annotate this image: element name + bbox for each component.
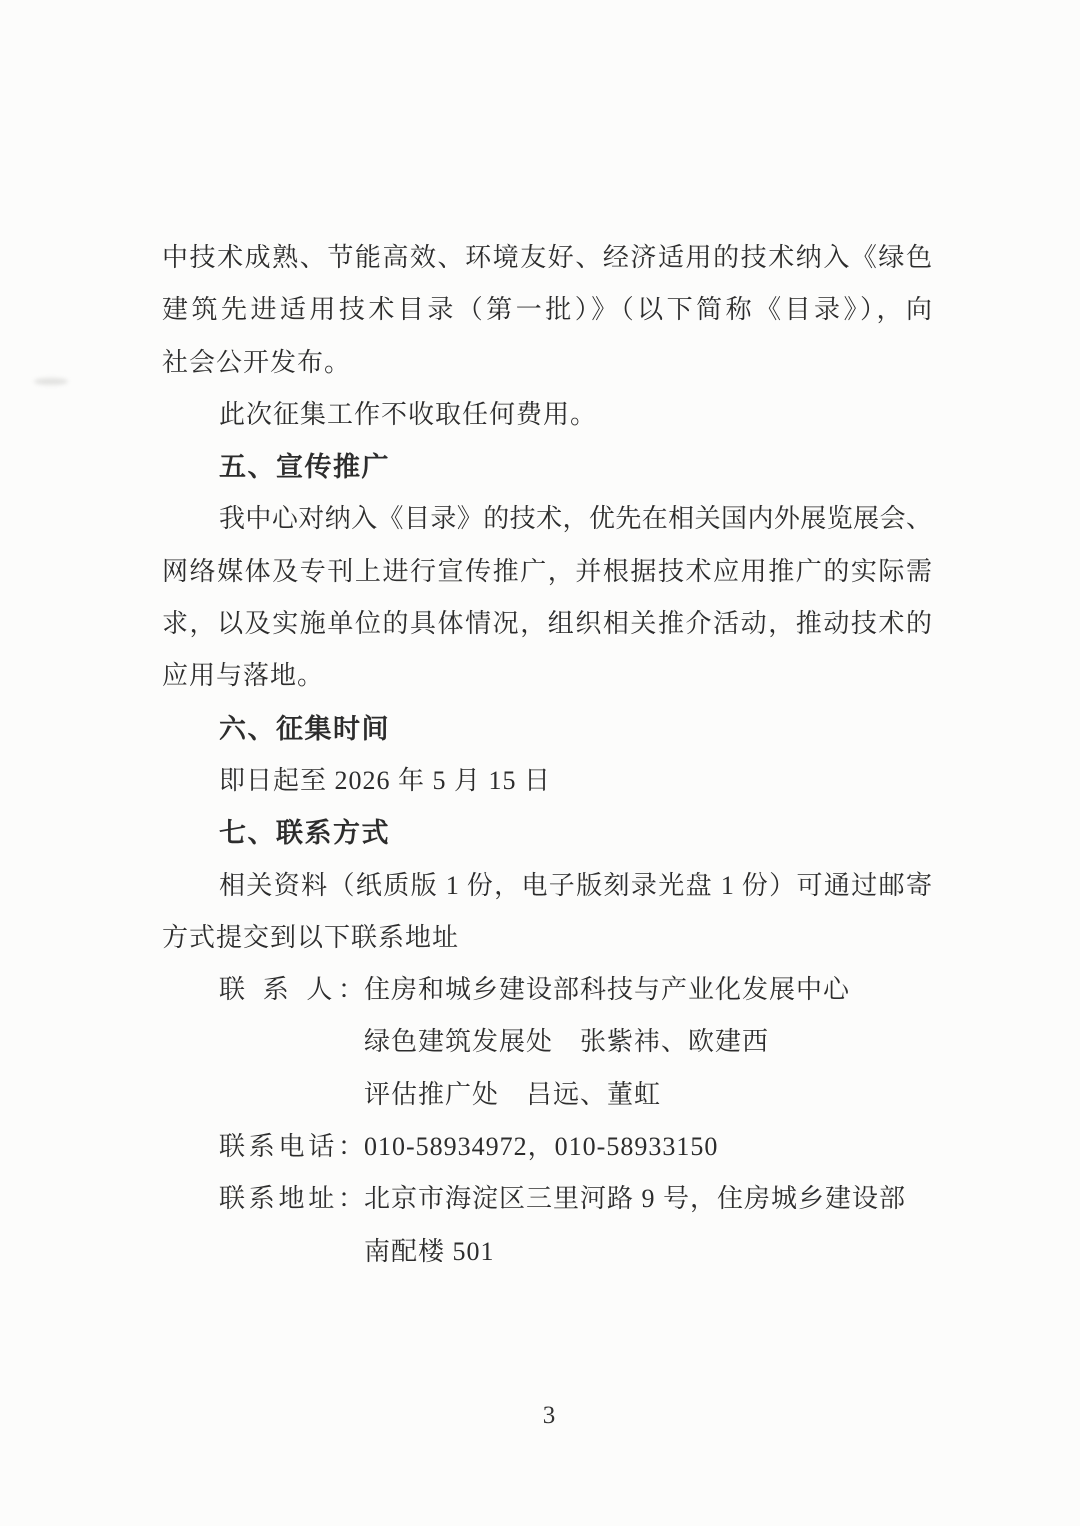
contact-address-label: 联系地址： xyxy=(219,1173,364,1225)
scanned-document-page: 中技术成熟、节能高效、环境友好、经济适用的技术纳入《绿色 建筑先进适用技术目录（… xyxy=(0,0,1080,1526)
body-line: 中技术成熟、节能高效、环境友好、经济适用的技术纳入《绿色 xyxy=(162,232,932,284)
body-line: 应用与落地。 xyxy=(162,650,932,702)
contact-address-line2: 南配楼 501 xyxy=(162,1226,932,1278)
contact-person-line3: 评估推广处 吕远、董虹 xyxy=(162,1069,932,1121)
body-line: 我中心对纳入《目录》的技术，优先在相关国内外展览展会、 xyxy=(162,493,932,545)
body-line: 社会公开发布。 xyxy=(162,337,932,389)
contact-phone-row: 联系电话： 010-58934972，010-58933150 xyxy=(162,1121,932,1173)
contact-person-label: 联 系 人： xyxy=(219,964,364,1016)
contact-phone-label: 联系电话： xyxy=(219,1121,364,1173)
contact-person-line2: 绿色建筑发展处 张紫祎、欧建西 xyxy=(162,1016,932,1068)
body-line: 此次征集工作不收取任何费用。 xyxy=(162,389,932,441)
contact-address-row: 联系地址： 北京市海淀区三里河路 9 号，住房城乡建设部 xyxy=(162,1173,932,1225)
contact-phone-value: 010-58934972，010-58933150 xyxy=(364,1121,932,1173)
page-number: 3 xyxy=(0,1400,1080,1432)
body-line: 相关资料（纸质版 1 份，电子版刻录光盘 1 份）可通过邮寄 xyxy=(162,860,932,912)
section-heading-7: 七、联系方式 xyxy=(162,807,932,859)
body-line: 网络媒体及专刊上进行宣传推广，并根据技术应用推广的实际需 xyxy=(162,546,932,598)
body-line: 求，以及实施单位的具体情况，组织相关推介活动，推动技术的 xyxy=(162,598,932,650)
deadline-line: 即日起至 2026 年 5 月 15 日 xyxy=(162,755,932,807)
document-body: 中技术成熟、节能高效、环境友好、经济适用的技术纳入《绿色 建筑先进适用技术目录（… xyxy=(162,232,932,1278)
section-heading-5: 五、宣传推广 xyxy=(162,441,932,493)
contact-person-row: 联 系 人： 住房和城乡建设部科技与产业化发展中心 xyxy=(162,964,932,1016)
contact-person-value: 住房和城乡建设部科技与产业化发展中心 xyxy=(364,964,932,1016)
body-line: 方式提交到以下联系地址 xyxy=(162,912,932,964)
scan-artifact xyxy=(34,378,68,385)
body-line: 建筑先进适用技术目录（第一批）》（以下简称《目录》），向 xyxy=(162,284,932,336)
section-heading-6: 六、征集时间 xyxy=(162,703,932,755)
contact-address-value: 北京市海淀区三里河路 9 号，住房城乡建设部 xyxy=(364,1173,932,1225)
